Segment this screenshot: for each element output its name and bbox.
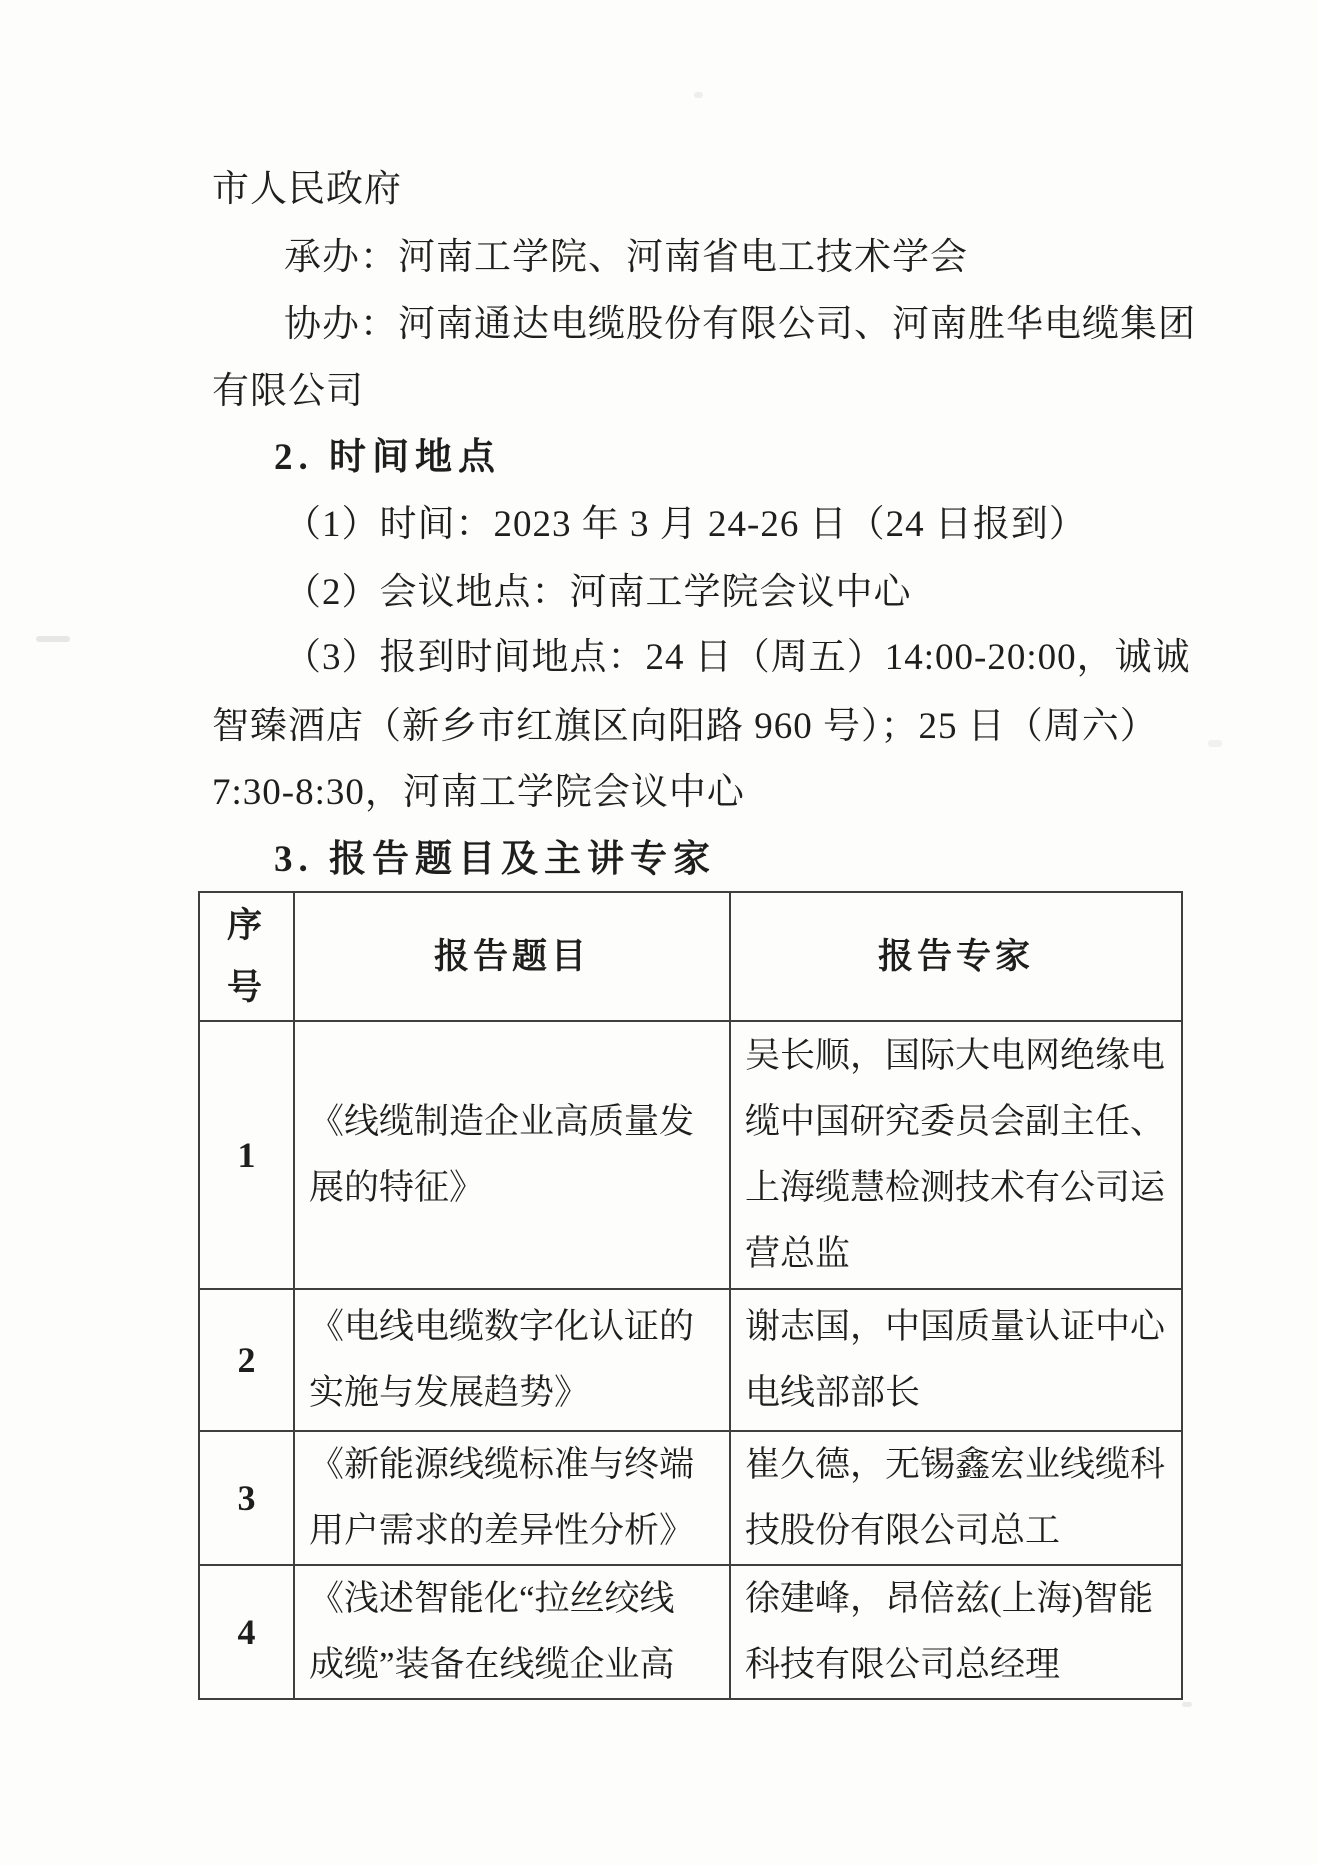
- header-cell-no: 序 号: [199, 892, 294, 1021]
- cell-title: 《新能源线缆标准与终端 用户需求的差异性分析》: [294, 1431, 730, 1565]
- line-co-organizer-continuation: 有限公司: [212, 366, 364, 418]
- table-row: 3 《新能源线缆标准与终端 用户需求的差异性分析》 崔久德，无锡鑫宏业线缆科 技…: [199, 1431, 1182, 1565]
- table-header-row: 序 号 报告题目 报告专家: [199, 892, 1182, 1021]
- line-host-government: 市人民政府: [212, 164, 402, 216]
- line-organizer: 承办：河南工学院、河南省电工技术学会: [284, 232, 968, 284]
- scan-speck: [694, 92, 703, 98]
- header-cell-expert: 报告专家: [730, 892, 1182, 1021]
- cell-expert: 崔久德，无锡鑫宏业线缆科 技股份有限公司总工: [730, 1431, 1182, 1565]
- line-checkin-continuation-1: 智臻酒店（新乡市红旗区向阳路 960 号）；25 日（周六）: [212, 701, 1158, 753]
- cell-no: 1: [199, 1021, 294, 1289]
- line-checkin: （3）报到时间地点：24 日（周五）14:00-20:00，诚诚: [284, 632, 1191, 684]
- line-venue: （2）会议地点：河南工学院会议中心: [284, 567, 912, 619]
- cell-no: 3: [199, 1431, 294, 1565]
- cell-title: 《浅述智能化“拉丝绞线 成缆”装备在线缆企业高: [294, 1565, 730, 1699]
- cell-title: 《电线电缆数字化认证的 实施与发展趋势》: [294, 1289, 730, 1431]
- table-row: 4 《浅述智能化“拉丝绞线 成缆”装备在线缆企业高 徐建峰，昂倍兹(上海)智能 …: [199, 1565, 1182, 1699]
- heading-time-place: 2. 时间地点: [274, 432, 501, 484]
- cell-expert: 吴长顺，国际大电网绝缘电 缆中国研究委员会副主任、 上海缆慧检测技术有公司运 营…: [730, 1021, 1182, 1289]
- reports-table: 序 号 报告题目 报告专家 1 《线缆制造企业高质量发 展的特征》 吴长顺，国际…: [198, 891, 1183, 1700]
- line-checkin-continuation-2: 7:30-8:30，河南工学院会议中心: [212, 767, 745, 819]
- cell-no: 4: [199, 1565, 294, 1699]
- header-cell-title: 报告题目: [294, 892, 730, 1021]
- cell-title: 《线缆制造企业高质量发 展的特征》: [294, 1021, 730, 1289]
- table-row: 1 《线缆制造企业高质量发 展的特征》 吴长顺，国际大电网绝缘电 缆中国研究委员…: [199, 1021, 1182, 1289]
- line-co-organizer: 协办：河南通达电缆股份有限公司、河南胜华电缆集团: [284, 299, 1196, 351]
- scanned-document-page: 市人民政府 承办：河南工学院、河南省电工技术学会 协办：河南通达电缆股份有限公司…: [0, 0, 1317, 1865]
- scan-speck: [36, 636, 70, 642]
- cell-no: 2: [199, 1289, 294, 1431]
- cell-expert: 徐建峰，昂倍兹(上海)智能 科技有限公司总经理: [730, 1565, 1182, 1699]
- cell-expert: 谢志国，中国质量认证中心 电线部部长: [730, 1289, 1182, 1431]
- heading-reports: 3. 报告题目及主讲专家: [274, 834, 716, 886]
- table-row: 2 《电线电缆数字化认证的 实施与发展趋势》 谢志国，中国质量认证中心 电线部部…: [199, 1289, 1182, 1431]
- scan-speck: [1182, 1702, 1192, 1707]
- line-time: （1）时间：2023 年 3 月 24-26 日（24 日报到）: [284, 499, 1087, 551]
- scan-speck: [1208, 740, 1222, 747]
